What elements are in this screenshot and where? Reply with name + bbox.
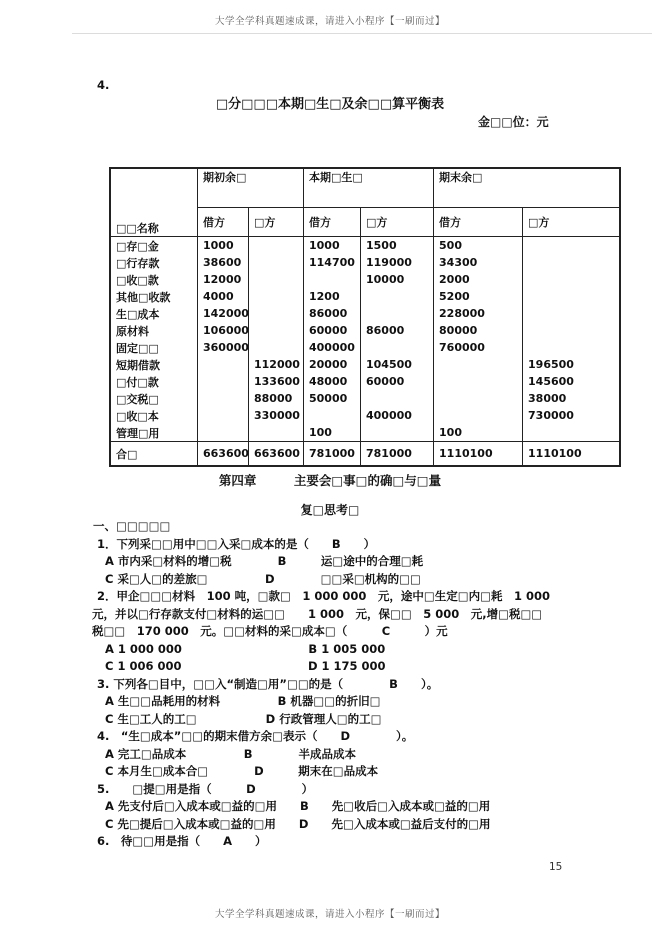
table-row: 生□成本14200086000228000 bbox=[111, 305, 620, 322]
account-name-cell: □行存款 bbox=[111, 254, 198, 271]
amount-cell: 114700 bbox=[304, 254, 361, 271]
question-stem-line: 6. 待□□用是指（ A ） bbox=[92, 833, 592, 851]
question-stem-line: 税□□ 170 000 元。□□材料的采□成本□（ C ）元 bbox=[92, 623, 592, 641]
amount-cell: 400000 bbox=[361, 407, 434, 424]
column-group-header: 期末余□ bbox=[434, 169, 620, 208]
question-option-line: A 1 000 000 B 1 005 000 bbox=[92, 641, 592, 659]
amount-cell: 48000 bbox=[304, 373, 361, 390]
amount-cell bbox=[434, 373, 523, 390]
amount-cell: 2000 bbox=[434, 271, 523, 288]
amount-cell: 88000 bbox=[249, 390, 304, 407]
table-row: 原材料106000600008600080000 bbox=[111, 322, 620, 339]
amount-cell bbox=[523, 288, 620, 305]
amount-cell: 360000 bbox=[198, 339, 249, 356]
question-option-line: C 生□工人的工□ D 行政管理人□的工□ bbox=[92, 711, 592, 729]
column-subheader: □方 bbox=[523, 208, 620, 237]
amount-cell bbox=[523, 254, 620, 271]
amount-cell: 106000 bbox=[198, 322, 249, 339]
amount-cell: 60000 bbox=[304, 322, 361, 339]
amount-cell: 38600 bbox=[198, 254, 249, 271]
amount-cell: 330000 bbox=[249, 407, 304, 424]
amount-cell: 10000 bbox=[361, 271, 434, 288]
amount-cell: 1000 bbox=[304, 237, 361, 255]
amount-cell: 34300 bbox=[434, 254, 523, 271]
amount-cell: 1500 bbox=[361, 237, 434, 255]
amount-cell: 4000 bbox=[198, 288, 249, 305]
amount-cell bbox=[198, 390, 249, 407]
amount-cell bbox=[523, 424, 620, 442]
table-row: □收□本330000400000730000 bbox=[111, 407, 620, 424]
amount-cell bbox=[304, 407, 361, 424]
chapter-heading: 第四章 主要会□事□的确□与□量 bbox=[0, 471, 660, 489]
section-heading: 一、□□□□□ bbox=[92, 518, 592, 536]
question-stem-line: 4. “生□成本”□□的期末借方余□表示（ D ）。 bbox=[92, 728, 592, 746]
amount-cell: 142000 bbox=[198, 305, 249, 322]
amount-cell bbox=[523, 237, 620, 255]
table-row: □交税□880005000038000 bbox=[111, 390, 620, 407]
amount-cell: 145600 bbox=[523, 373, 620, 390]
table-body: □存□金100010001500500□行存款38600114700119000… bbox=[111, 237, 620, 466]
amount-cell: 1200 bbox=[304, 288, 361, 305]
amount-cell: 12000 bbox=[198, 271, 249, 288]
amount-cell: 104500 bbox=[361, 356, 434, 373]
amount-cell bbox=[249, 237, 304, 255]
column-subheader: □方 bbox=[249, 208, 304, 237]
amount-cell: 1110100 bbox=[434, 442, 523, 466]
account-name-header: □□名称 bbox=[111, 169, 198, 237]
table-row: □行存款3860011470011900034300 bbox=[111, 254, 620, 271]
account-name-cell: 合□ bbox=[111, 442, 198, 466]
amount-cell: 400000 bbox=[304, 339, 361, 356]
amount-cell bbox=[523, 322, 620, 339]
amount-cell: 60000 bbox=[361, 373, 434, 390]
amount-cell: 80000 bbox=[434, 322, 523, 339]
amount-cell: 38000 bbox=[523, 390, 620, 407]
account-name-cell: □存□金 bbox=[111, 237, 198, 255]
amount-cell bbox=[361, 390, 434, 407]
table-row: □收□款12000100002000 bbox=[111, 271, 620, 288]
amount-cell bbox=[361, 424, 434, 442]
trial-balance-table: □□名称 期初余□本期□生□期末余□ 借方□方借方□方借方□方 □存□金1000… bbox=[110, 168, 620, 466]
amount-cell bbox=[434, 356, 523, 373]
amount-cell bbox=[361, 288, 434, 305]
amount-cell: 1110100 bbox=[523, 442, 620, 466]
amount-cell bbox=[198, 407, 249, 424]
amount-cell: 663600 bbox=[198, 442, 249, 466]
amount-cell bbox=[523, 339, 620, 356]
amount-cell: 119000 bbox=[361, 254, 434, 271]
review-heading: 复□思考□ bbox=[0, 501, 660, 518]
amount-cell bbox=[249, 254, 304, 271]
currency-unit-label: 金□□位：元 bbox=[478, 113, 549, 130]
amount-cell bbox=[198, 424, 249, 442]
account-name-cell: 生□成本 bbox=[111, 305, 198, 322]
table-row: □付□款1336004800060000145600 bbox=[111, 373, 620, 390]
amount-cell: 1000 bbox=[198, 237, 249, 255]
amount-cell: 86000 bbox=[361, 322, 434, 339]
question-option-line: C 本月生□成本合□ D 期末在□品成本 bbox=[92, 763, 592, 781]
column-group-header: 期初余□ bbox=[198, 169, 304, 208]
question-stem-line: 元，并以□行存款支付□材料的运□□ 1 000 元，保□□ 5 000 元,增□… bbox=[92, 606, 592, 624]
table-title: □分□□□本期□生□及余□□算平衡表 bbox=[0, 93, 660, 112]
amount-cell: 781000 bbox=[361, 442, 434, 466]
column-subheader: 借方 bbox=[198, 208, 249, 237]
amount-cell: 86000 bbox=[304, 305, 361, 322]
question-option-line: A 市内采□材料的增□税 B 运□途中的合理□耗 bbox=[92, 553, 592, 571]
amount-cell: 730000 bbox=[523, 407, 620, 424]
page-number: 15 bbox=[549, 861, 562, 873]
amount-cell bbox=[249, 339, 304, 356]
question-stem-line: 5. □提□用是指（ D ） bbox=[92, 781, 592, 799]
account-name-cell: 管理□用 bbox=[111, 424, 198, 442]
amount-cell: 50000 bbox=[304, 390, 361, 407]
amount-cell: 760000 bbox=[434, 339, 523, 356]
account-name-cell: □交税□ bbox=[111, 390, 198, 407]
amount-cell bbox=[523, 305, 620, 322]
amount-cell bbox=[249, 305, 304, 322]
amount-cell: 500 bbox=[434, 237, 523, 255]
document-page: 大学全学科真题速成课，请进入小程序【一刷而过】 4. □分□□□本期□生□及余□… bbox=[0, 0, 660, 934]
amount-cell bbox=[249, 271, 304, 288]
column-subheader: 借方 bbox=[434, 208, 523, 237]
questions-block: 一、□□□□□ 1．下列采□□用中□□入采□成本的是（ B ）A 市内采□材料的… bbox=[92, 518, 592, 851]
account-name-cell: 原材料 bbox=[111, 322, 198, 339]
question-option-line: C 采□人□的差旅□ D □□采□机构的□□ bbox=[92, 571, 592, 589]
amount-cell bbox=[198, 373, 249, 390]
amount-cell bbox=[249, 288, 304, 305]
account-name-cell: 其他□收款 bbox=[111, 288, 198, 305]
amount-cell: 228000 bbox=[434, 305, 523, 322]
page-header-text: 大学全学科真题速成课，请进入小程序【一刷而过】 bbox=[0, 13, 660, 27]
table-row: 其他□收款400012005200 bbox=[111, 288, 620, 305]
amount-cell bbox=[198, 356, 249, 373]
question-option-line: A 完工□品成本 B 半成品成本 bbox=[92, 746, 592, 764]
amount-cell: 100 bbox=[434, 424, 523, 442]
question-stem-line: 1．下列采□□用中□□入采□成本的是（ B ） bbox=[92, 536, 592, 554]
account-name-cell: 短期借款 bbox=[111, 356, 198, 373]
amount-cell bbox=[361, 305, 434, 322]
amount-cell bbox=[523, 271, 620, 288]
header-divider bbox=[72, 33, 652, 34]
question-option-line: A 先支付后□入成本或□益的□用 B 先□收后□入成本或□益的□用 bbox=[92, 798, 592, 816]
amount-cell: 133600 bbox=[249, 373, 304, 390]
table-total-row: 合□66360066360078100078100011101001110100 bbox=[111, 442, 620, 466]
amount-cell: 100 bbox=[304, 424, 361, 442]
account-name-cell: □收□款 bbox=[111, 271, 198, 288]
column-subheader: □方 bbox=[361, 208, 434, 237]
question-option-line: C 先□提后□入成本或□益的□用 D 先□入成本或□益后支付的□用 bbox=[92, 816, 592, 834]
amount-cell: 663600 bbox=[249, 442, 304, 466]
table-row: 短期借款11200020000104500196500 bbox=[111, 356, 620, 373]
account-name-cell: 固定□□ bbox=[111, 339, 198, 356]
amount-cell bbox=[249, 424, 304, 442]
amount-cell bbox=[434, 407, 523, 424]
amount-cell bbox=[361, 339, 434, 356]
account-name-cell: □付□款 bbox=[111, 373, 198, 390]
question-option-line: C 1 006 000 D 1 175 000 bbox=[92, 658, 592, 676]
amount-cell bbox=[249, 322, 304, 339]
table-row: 固定□□360000400000760000 bbox=[111, 339, 620, 356]
amount-cell: 20000 bbox=[304, 356, 361, 373]
amount-cell bbox=[304, 271, 361, 288]
exercise-number: 4. bbox=[97, 78, 109, 92]
question-stem-line: 3. 下列各□目中，□□入“制造□用”□□的是（ B ）。 bbox=[92, 676, 592, 694]
amount-cell: 112000 bbox=[249, 356, 304, 373]
question-option-line: A 生□□品耗用的材料 B 机器□□的折旧□ bbox=[92, 693, 592, 711]
table-row: □存□金100010001500500 bbox=[111, 237, 620, 255]
amount-cell bbox=[434, 390, 523, 407]
amount-cell: 781000 bbox=[304, 442, 361, 466]
page-footer-text: 大学全学科真题速成课，请进入小程序【一刷而过】 bbox=[0, 906, 660, 920]
table-group-row: □□名称 期初余□本期□生□期末余□ bbox=[111, 169, 620, 208]
amount-cell: 196500 bbox=[523, 356, 620, 373]
account-name-cell: □收□本 bbox=[111, 407, 198, 424]
column-subheader: 借方 bbox=[304, 208, 361, 237]
amount-cell: 5200 bbox=[434, 288, 523, 305]
table-row: 管理□用100100 bbox=[111, 424, 620, 442]
question-stem-line: 2．甲企□□□材料 100 吨，□款□ 1 000 000 元，途中□生定□内□… bbox=[92, 588, 592, 606]
column-group-header: 本期□生□ bbox=[304, 169, 434, 208]
